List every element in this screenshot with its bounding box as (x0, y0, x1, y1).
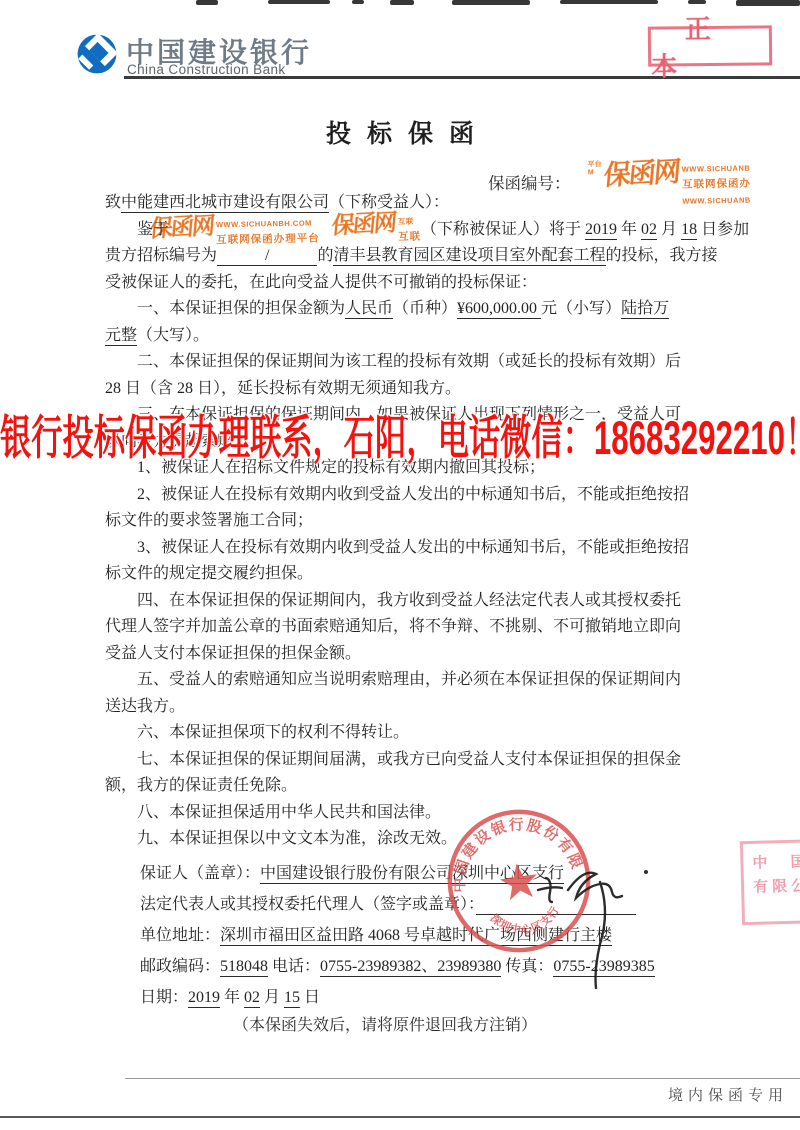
text-segment: 致 (105, 194, 121, 211)
text-segment: 3、被保证人在投标有效期内收到受益人发出的中标通知书后，不能或拒绝按招 (105, 539, 689, 556)
text-segment: （大写）。 (137, 327, 209, 344)
text-segment: 邮政编码： (140, 958, 220, 975)
text-segment: 2019 (188, 989, 220, 1008)
text-segment: 日 (300, 989, 320, 1006)
text-segment: 标文件的要求签署施工合同； (105, 512, 313, 529)
text-segment: （下称被保证人）将于 (421, 221, 585, 238)
text-line: 七、本保证担保的保证期间届满，或我方已向受益人支付本保证担保的担保金 (105, 747, 725, 774)
text-segment: 人民币 (345, 300, 393, 319)
red-ad-banner-text: 银行投标保函办理联系，石阳，电话微信：18683292210！ (0, 401, 800, 468)
document-title: 投标保函 (0, 114, 800, 150)
original-copy-stamp: 正本 (648, 25, 772, 66)
text-line: 一、本保证担保的担保金额为人民币（币种）¥600,000.00 元（小写）陆拾万 (105, 296, 725, 323)
text-segment: 日期： (140, 989, 188, 1006)
red-ad-banner: 银行投标保函办理联系，石阳，电话微信：18683292210！ (0, 401, 800, 459)
text-segment: 清丰县教育园区建设项目室外配套工程 (333, 247, 605, 266)
blank-gap (169, 233, 421, 234)
text-segment: 受被保证人的委托，在此向受益人提供不可撤销的投标保证： (105, 274, 537, 291)
text-segment: 日参加 (697, 221, 749, 238)
text-segment: 五、受益人的索赔通知应当说明索赔理由，并必须在本保证担保的保证期间内 (105, 671, 681, 688)
text-segment: 二、本保证担保的保证期间为该工程的投标有效期（或延长的投标有效期）后 (105, 353, 681, 370)
text-line: 3、被保证人在投标有效期内收到受益人发出的中标通知书后，不能或拒绝按招 (105, 535, 725, 562)
scan-artifact (196, 0, 218, 5)
text-line: 标文件的规定提交履约担保。 (105, 561, 725, 588)
text-segment: 15 (284, 989, 300, 1008)
void-note: （本保函失效后，请将原件退回我方注销） (105, 1012, 665, 1035)
scan-artifact (688, 0, 706, 4)
scanned-document-page: 中国建设银行 China Construction Bank 正本 投标保函 保… (0, 0, 800, 1130)
text-segment: 月 (260, 989, 284, 1006)
text-line: 代理人签字并加盖公章的书面索赔通知后，将不争辩、不挑剔、不可撤销地立即向 (105, 614, 725, 641)
text-line: 九、本保证担保以中文文本为准，涂改无效。 (105, 826, 725, 853)
text-line: 标文件的要求签署施工合同； (105, 508, 725, 535)
text-segment: 28 日（含 28 日），延长投标有效期无须通知我方。 (105, 380, 461, 397)
scan-artifact (390, 0, 414, 5)
text-segment: 元（小写） (541, 300, 621, 317)
text-line: 二、本保证担保的保证期间为该工程的投标有效期（或延长的投标有效期）后 (105, 349, 725, 376)
text-segment: 六、本保证担保项下的权利不得转让。 (105, 724, 409, 741)
text-segment: 八、本保证担保适用中华人民共和国法律。 (105, 804, 441, 821)
text-segment: 年 (220, 989, 244, 1006)
text-line: 六、本保证担保项下的权利不得转让。 (105, 720, 725, 747)
text-segment: 保证人（盖章）： (140, 865, 260, 882)
bottom-rule (0, 1116, 800, 1118)
text-segment: 代理人签字并加盖公章的书面索赔通知后，将不争辩、不挑剔、不可撤销地立即向 (105, 618, 681, 635)
text-line: 贵方招标编号为 / 的清丰县教育园区建设项目室外配套工程的投标，我方接 (105, 243, 725, 270)
scan-artifact (736, 0, 800, 6)
text-segment: 18 (681, 221, 697, 240)
text-line: 28 日（含 28 日），延长投标有效期无须通知我方。 (105, 376, 725, 403)
text-segment: （下称受益人）： (329, 194, 449, 211)
text-segment: 02 (641, 221, 657, 240)
text-line: 受被保证人的委托，在此向受益人提供不可撤销的投标保证： (105, 270, 725, 297)
text-line: 受益人支付本保证担保的担保金额。 (105, 641, 725, 668)
watermark-brand: 保函网 (602, 159, 680, 190)
text-line: 元整（大写）。 (105, 323, 725, 350)
text-line: 致中能建西北城市建设有限公司（下称受益人）： (105, 190, 725, 217)
text-segment: 月 (657, 221, 681, 238)
bank-logo: 中国建设银行 China Construction Bank (70, 31, 490, 81)
scan-artifact (452, 0, 530, 5)
bank-name-en: China Construction Bank (127, 62, 286, 77)
text-segment: 标文件的规定提交履约担保。 (105, 565, 313, 582)
text-segment: 法定代表人或其授权委托代理人（签字或盖章）： (140, 896, 476, 913)
text-segment: 九、本保证担保以中文文本为准，涂改无效。 (105, 830, 457, 847)
text-line: 鉴于（下称被保证人）将于 2019 年 02 月 18 日参加 (105, 217, 725, 244)
text-segment: 2、被保证人在投标有效期内收到受益人发出的中标通知书后，不能或拒绝按招 (105, 486, 689, 503)
text-line: 送达我方。 (105, 694, 725, 721)
watermark-site: WWW.SICHUANB (682, 164, 751, 174)
text-segment: （币种） (393, 300, 457, 317)
text-segment: 贵方招标编号为 (105, 247, 217, 264)
text-segment: 鉴于 (105, 221, 169, 238)
text-segment: 七、本保证担保的保证期间届满，或我方已向受益人支付本保证担保的担保金 (105, 751, 681, 768)
footer-rule (125, 1078, 800, 1079)
text-segment: 年 (617, 221, 641, 238)
text-segment: / (217, 247, 317, 266)
text-segment: 02 (244, 989, 260, 1008)
text-line: 额，我方的保证责任免除。 (105, 773, 725, 800)
text-segment: 中能建西北城市建设有限公司 (121, 194, 329, 213)
text-segment: 一、本保证担保的担保金额为 (105, 300, 345, 317)
text-segment: 的 (317, 247, 333, 264)
body-text: 致中能建西北城市建设有限公司（下称受益人）： 鉴于（下称被保证人）将于 2019… (105, 190, 725, 853)
watermark-caption: 互联网保函办 (682, 178, 751, 191)
scan-artifact (268, 0, 330, 4)
text-segment: ¥600,000.00 (457, 300, 541, 319)
text-segment: 518048 (220, 958, 268, 977)
ccb-logo-icon (76, 33, 118, 75)
scan-artifact (352, 0, 364, 4)
text-segment: 陆拾万 (621, 300, 669, 319)
scan-artifact (560, 0, 658, 4)
text-segment: 送达我方。 (105, 698, 185, 715)
text-line: 四、在本保证担保的保证期间内，我方收到受益人经法定代表人或其授权委托 (105, 588, 725, 615)
text-segment: 四、在本保证担保的保证期间内，我方收到受益人经法定代表人或其授权委托 (105, 592, 681, 609)
text-segment: 元整 (105, 327, 137, 346)
text-line: 2、被保证人在投标有效期内收到受益人发出的中标通知书后，不能或拒绝按招 (105, 482, 725, 509)
text-line: 五、受益人的索赔通知应当说明索赔理由，并必须在本保证担保的保证期间内 (105, 667, 725, 694)
text-segment: 受益人支付本保证担保的担保金额。 (105, 645, 361, 662)
text-segment: 单位地址： (140, 927, 220, 944)
signature-scribble (450, 856, 660, 991)
watermark-side-text: 平台M (588, 161, 602, 178)
text-segment: 2019 (585, 221, 617, 240)
footer-label: 境内保函专用 (668, 1084, 788, 1105)
text-segment: 额，我方的保证责任免除。 (105, 777, 297, 794)
text-line: 八、本保证担保适用中华人民共和国法律。 (105, 800, 725, 827)
text-segment: 的投标，我方接 (606, 247, 718, 264)
text-segment: 电话： (268, 958, 320, 975)
